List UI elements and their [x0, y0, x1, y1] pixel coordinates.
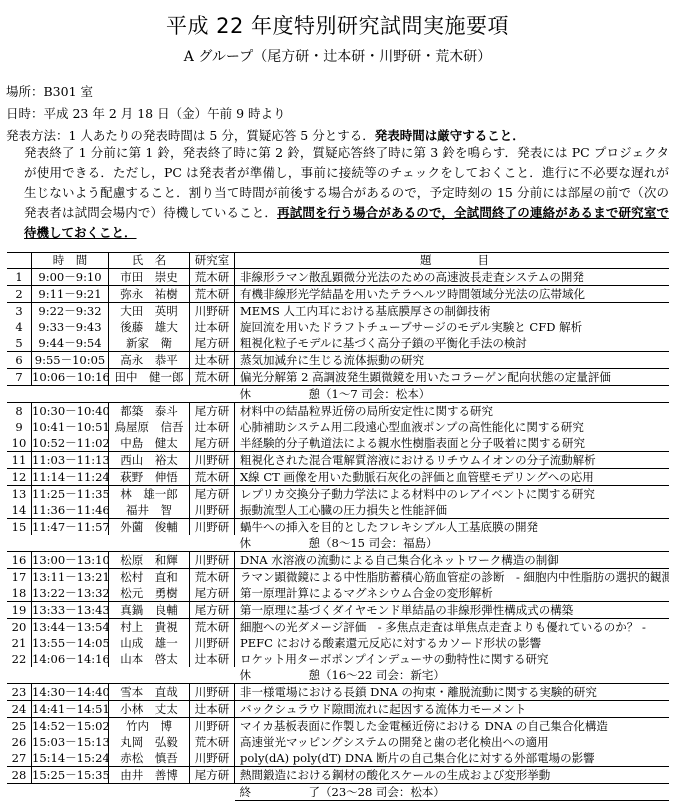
col-header-name: 氏 名: [109, 253, 190, 269]
row-title: 高速蛍光マッピングシステムの開発と歯の老化検出への適用: [235, 734, 670, 750]
table-row: 1713:11－13:21松村 直和荒木研ラマン顕微鏡による中性脂肪蓄積心筋血管…: [7, 569, 669, 586]
datetime-info: 日時：平成 23 年 2 月 18 日（金）午前 9 時より: [6, 104, 286, 122]
row-time: 14:30－14:40: [32, 684, 109, 701]
table-header-row: 時 間 氏 名 研究室 題 目: [7, 253, 669, 269]
row-number: 4: [7, 319, 32, 335]
row-number: 5: [7, 335, 32, 352]
table-row: 1511:47－11:57外薗 俊輔川野研蝸牛への挿入を目的としたフレキシブル人…: [7, 519, 669, 536]
row-presenter-name: 西山 裕太: [109, 452, 190, 469]
table-row: 1010:52－11:02中島 健太尾方研半経験的分子軌道法による親水性樹脂表面…: [7, 435, 669, 452]
row-presenter-name: 田中 健一郎: [109, 369, 190, 386]
row-number: 25: [7, 718, 32, 735]
row-presenter-name: 丸岡 弘毅: [109, 734, 190, 750]
row-number: 8: [7, 403, 32, 420]
table-row: 39:22－9:32大田 英明川野研MEMS 人工内耳における基底膜厚さの制御技…: [7, 303, 669, 320]
row-lab: 尾方研: [190, 435, 235, 452]
row-number: 9: [7, 419, 32, 435]
break-label: 休 憩（1〜7 司会：松本）: [235, 386, 670, 403]
row-time: 9:55－10:05: [32, 352, 109, 369]
row-number: 3: [7, 303, 32, 320]
table-row: 1411:36－11:46福井 智川野研振動流型人工心臓の圧力損失と性能評価: [7, 502, 669, 519]
table-row: 1613:00－13:10松原 和輝川野研DNA 水溶液の流動による自己集合化ネ…: [7, 552, 669, 569]
row-lab: 辻本研: [190, 419, 235, 435]
row-time: 10:41－10:51: [32, 419, 109, 435]
row-number: 28: [7, 767, 32, 784]
row-time: 9:44－9:54: [32, 335, 109, 352]
method-text: 発表方法：1 人あたりの発表時間は 5 分，質疑応答 5 分とする．: [6, 128, 375, 143]
table-row: 1311:25－11:35林 雄一郎尾方研レプリカ交換分子動力学法による材料中の…: [7, 486, 669, 503]
break-row: 休 憩（16〜22 司会：新宅）: [7, 667, 669, 684]
table-row: 2314:30－14:40雪本 直哉川野研非一様電場における長鎖 DNA の拘束…: [7, 684, 669, 701]
row-time: 10:06－10:16: [32, 369, 109, 386]
col-header-lab: 研究室: [190, 253, 235, 269]
row-lab: 荒木研: [190, 569, 235, 586]
row-title: MEMS 人工内耳における基底膜厚さの制御技術: [235, 303, 670, 320]
row-title: 第一原理計算によるマグネシウム合金の変形解析: [235, 585, 670, 602]
schedule-table: 時 間 氏 名 研究室 題 目 19:00－9:10市田 崇史荒木研非線形ラマン…: [7, 252, 669, 801]
row-lab: 尾方研: [190, 585, 235, 602]
method-emphasis: 発表時間は厳守すること．: [375, 128, 525, 143]
break-row: 終 了（23〜28 司会：松本）: [7, 784, 669, 801]
row-time: 10:30－10:40: [32, 403, 109, 420]
row-lab: 辻本研: [190, 352, 235, 369]
break-row: 休 憩（8〜15 司会：福島）: [7, 535, 669, 552]
table-row: 2113:55－14:05山成 雄一川野研PEFC における酸素還元反応に対する…: [7, 635, 669, 651]
row-presenter-name: 弥永 祐樹: [109, 286, 190, 303]
row-title: レプリカ交換分子動力学法による材料中のレアイベントに関する研究: [235, 486, 670, 503]
row-presenter-name: 鳥屋原 信吾: [109, 419, 190, 435]
row-title: 熱間鍛造における鋼材の酸化スケールの生成および変形挙動: [235, 767, 670, 784]
row-lab: 川野研: [190, 635, 235, 651]
table-row: 2715:14－15:24赤松 慎吾川野研poly(dA) poly(dT) D…: [7, 750, 669, 767]
break-spacer: [7, 535, 235, 552]
table-row: 1111:03－11:13西山 裕太川野研粗視化された混合電解質溶液におけるリチ…: [7, 452, 669, 469]
row-time: 15:14－15:24: [32, 750, 109, 767]
row-title: X線 CT 画像を用いた動脈石灰化の評価と血管壁モデリングへの応用: [235, 469, 670, 486]
row-number: 6: [7, 352, 32, 369]
row-presenter-name: 後藤 雄大: [109, 319, 190, 335]
row-lab: 川野研: [190, 452, 235, 469]
row-time: 9:22－9:32: [32, 303, 109, 320]
table-row: 710:06－10:16田中 健一郎荒木研偏光分解第 2 高調波発生顕微鏡を用い…: [7, 369, 669, 386]
row-time: 13:00－13:10: [32, 552, 109, 569]
row-title: ラマン顕微鏡による中性脂肪蓄積心筋血管症の診断 - 細胞内中性脂肪の選択的観測 …: [235, 569, 670, 586]
row-time: 13:11－13:21: [32, 569, 109, 586]
row-title: 振動流型人工心臓の圧力損失と性能評価: [235, 502, 670, 519]
row-lab: 川野研: [190, 684, 235, 701]
row-presenter-name: 林 雄一郎: [109, 486, 190, 503]
row-number: 15: [7, 519, 32, 536]
table-row: 19:00－9:10市田 崇史荒木研非線形ラマン散乱顕微分光法のための高速波長走…: [7, 269, 669, 286]
row-title: 蒸気加減弁に生じる流体振動の研究: [235, 352, 670, 369]
table-row: 2214:06－14:16山本 啓太辻本研ロケット用ターボポンプインデューサの動…: [7, 651, 669, 667]
row-time: 11:14－11:24: [32, 469, 109, 486]
row-lab: 川野研: [190, 303, 235, 320]
row-lab: 辻本研: [190, 319, 235, 335]
break-spacer: [7, 667, 235, 684]
row-time: 13:55－14:05: [32, 635, 109, 651]
row-lab: 川野研: [190, 718, 235, 735]
row-lab: 川野研: [190, 502, 235, 519]
row-title: 細胞への光ダメージ評価 - 多焦点走査は単焦点走査よりも優れているのか？ -: [235, 619, 670, 636]
row-title: 非線形ラマン散乱顕微分光法のための高速波長走査システムの開発: [235, 269, 670, 286]
row-presenter-name: 松元 勇樹: [109, 585, 190, 602]
table-row: 2414:41－14:51小林 丈太辻本研バックシュラウド隙間流れに起因する流体…: [7, 701, 669, 718]
row-lab: 尾方研: [190, 403, 235, 420]
row-presenter-name: 真鍋 良輔: [109, 602, 190, 619]
break-label: 終 了（23〜28 司会：松本）: [235, 784, 670, 801]
table-row: 2815:25－15:35由井 善博尾方研熱間鍛造における鋼材の酸化スケールの生…: [7, 767, 669, 784]
row-time: 14:41－14:51: [32, 701, 109, 718]
row-presenter-name: 赤松 慎吾: [109, 750, 190, 767]
row-title: 粗視化された混合電解質溶液におけるリチウムイオンの分子流動解析: [235, 452, 670, 469]
row-time: 10:52－11:02: [32, 435, 109, 452]
row-presenter-name: 萩野 伸悟: [109, 469, 190, 486]
row-presenter-name: 福井 智: [109, 502, 190, 519]
row-lab: 荒木研: [190, 619, 235, 636]
table-row: 1813:22－13:32松元 勇樹尾方研第一原理計算によるマグネシウム合金の変…: [7, 585, 669, 602]
row-title: 粗視化粒子モデルに基づく高分子鎖の平衡化手法の検討: [235, 335, 670, 352]
table-row: 49:33－9:43後藤 雄大辻本研旋回流を用いたドラフトチューブサージのモデル…: [7, 319, 669, 335]
break-label: 休 憩（16〜22 司会：新宅）: [235, 667, 670, 684]
row-lab: 尾方研: [190, 486, 235, 503]
row-number: 12: [7, 469, 32, 486]
table-row: 59:44－9:54新家 衛尾方研粗視化粒子モデルに基づく高分子鎖の平衡化手法の…: [7, 335, 669, 352]
instructions-paragraph: 発表終了 1 分前に第 1 鈴，発表終了時に第 2 鈴，質疑応答終了時に第 3 …: [24, 143, 669, 243]
row-lab: 荒木研: [190, 286, 235, 303]
row-number: 7: [7, 369, 32, 386]
row-number: 22: [7, 651, 32, 667]
row-presenter-name: 山成 雄一: [109, 635, 190, 651]
row-lab: 辻本研: [190, 651, 235, 667]
row-lab: 川野研: [190, 552, 235, 569]
row-presenter-name: 小林 丈太: [109, 701, 190, 718]
row-presenter-name: 松原 和輝: [109, 552, 190, 569]
row-presenter-name: 松村 直和: [109, 569, 190, 586]
row-lab: 荒木研: [190, 269, 235, 286]
row-number: 1: [7, 269, 32, 286]
row-lab: 川野研: [190, 519, 235, 536]
row-title: ロケット用ターボポンプインデューサの動特性に関する研究: [235, 651, 670, 667]
row-number: 27: [7, 750, 32, 767]
row-lab: 荒木研: [190, 369, 235, 386]
row-title: 半経験的分子軌道法による親水性樹脂表面と分子吸着に関する研究: [235, 435, 670, 452]
row-time: 14:52－15:02: [32, 718, 109, 735]
row-number: 10: [7, 435, 32, 452]
row-presenter-name: 中島 健太: [109, 435, 190, 452]
row-presenter-name: 大田 英明: [109, 303, 190, 320]
table-row: 1913:33－13:43真鍋 良輔尾方研第一原理に基づくダイヤモンド単結晶の非…: [7, 602, 669, 619]
row-number: 13: [7, 486, 32, 503]
row-presenter-name: 都築 泰斗: [109, 403, 190, 420]
row-lab: 尾方研: [190, 767, 235, 784]
row-presenter-name: 竹内 博: [109, 718, 190, 735]
row-number: 24: [7, 701, 32, 718]
group-subtitle: A グループ（尾方研・辻本研・川野研・荒木研）: [0, 46, 675, 66]
table-row: 2514:52－15:02竹内 博川野研マイカ基板表面に作製した金電極近傍におけ…: [7, 718, 669, 735]
page-title: 平成 22 年度特別研究試問実施要項: [0, 10, 675, 40]
row-presenter-name: 山本 啓太: [109, 651, 190, 667]
row-number: 20: [7, 619, 32, 636]
row-title: 第一原理に基づくダイヤモンド単結晶の非線形弾性構成式の構築: [235, 602, 670, 619]
row-lab: 荒木研: [190, 734, 235, 750]
row-number: 21: [7, 635, 32, 651]
row-time: 13:33－13:43: [32, 602, 109, 619]
row-title: PEFC における酸素還元反応に対するカソード形状の影響: [235, 635, 670, 651]
row-title: 材料中の結晶粒界近傍の局所安定性に関する研究: [235, 403, 670, 420]
table-row: 29:11－9:21弥永 祐樹荒木研有機非線形光学結晶を用いたテラヘルツ時間領域…: [7, 286, 669, 303]
table-row: 2013:44－13:54村上 貴視荒木研細胞への光ダメージ評価 - 多焦点走査…: [7, 619, 669, 636]
row-title: 有機非線形光学結晶を用いたテラヘルツ時間領域分光法の広帯域化: [235, 286, 670, 303]
break-row: 休 憩（1〜7 司会：松本）: [7, 386, 669, 403]
break-spacer: [7, 784, 235, 801]
table-row: 810:30－10:40都築 泰斗尾方研材料中の結晶粒界近傍の局所安定性に関する…: [7, 403, 669, 420]
row-time: 13:44－13:54: [32, 619, 109, 636]
row-time: 9:00－9:10: [32, 269, 109, 286]
break-label: 休 憩（8〜15 司会：福島）: [235, 535, 670, 552]
row-number: 11: [7, 452, 32, 469]
row-number: 26: [7, 734, 32, 750]
row-number: 2: [7, 286, 32, 303]
table-row: 910:41－10:51鳥屋原 信吾辻本研心肺補助システム用二段遠心型血液ポンプ…: [7, 419, 669, 435]
row-presenter-name: 市田 崇史: [109, 269, 190, 286]
row-title: バックシュラウド隙間流れに起因する流体力モーメント: [235, 701, 670, 718]
row-title: マイカ基板表面に作製した金電極近傍における DNA の自己集合化構造: [235, 718, 670, 735]
table-row: 69:55－10:05高永 恭平辻本研蒸気加減弁に生じる流体振動の研究: [7, 352, 669, 369]
row-number: 17: [7, 569, 32, 586]
row-number: 19: [7, 602, 32, 619]
break-spacer: [7, 386, 235, 403]
row-time: 11:47－11:57: [32, 519, 109, 536]
col-header-time: 時 間: [32, 253, 109, 269]
row-time: 9:33－9:43: [32, 319, 109, 335]
col-header-no: [7, 253, 32, 269]
table-row: 1211:14－11:24萩野 伸悟荒木研X線 CT 画像を用いた動脈石灰化の評…: [7, 469, 669, 486]
row-title: 心肺補助システム用二段遠心型血液ポンプの高性能化に関する研究: [235, 419, 670, 435]
row-presenter-name: 新家 衛: [109, 335, 190, 352]
row-lab: 川野研: [190, 750, 235, 767]
row-number: 23: [7, 684, 32, 701]
table-row: 2615:03－15:13丸岡 弘毅荒木研高速蛍光マッピングシステムの開発と歯の…: [7, 734, 669, 750]
row-time: 13:22－13:32: [32, 585, 109, 602]
row-presenter-name: 高永 恭平: [109, 352, 190, 369]
row-presenter-name: 由井 善博: [109, 767, 190, 784]
row-title: 非一様電場における長鎖 DNA の拘束・離脱流動に関する実験的研究: [235, 684, 670, 701]
row-lab: 荒木研: [190, 469, 235, 486]
row-time: 15:03－15:13: [32, 734, 109, 750]
row-time: 14:06－14:16: [32, 651, 109, 667]
row-number: 18: [7, 585, 32, 602]
row-title: 蝸牛への挿入を目的としたフレキシブル人工基底膜の開発: [235, 519, 670, 536]
row-lab: 尾方研: [190, 335, 235, 352]
row-lab: 辻本研: [190, 701, 235, 718]
row-number: 14: [7, 502, 32, 519]
row-presenter-name: 村上 貴視: [109, 619, 190, 636]
row-time: 11:25－11:35: [32, 486, 109, 503]
row-time: 11:36－11:46: [32, 502, 109, 519]
row-lab: 尾方研: [190, 602, 235, 619]
row-time: 9:11－9:21: [32, 286, 109, 303]
method-info: 発表方法：1 人あたりの発表時間は 5 分，質疑応答 5 分とする．発表時間は厳…: [6, 126, 525, 144]
row-title: 旋回流を用いたドラフトチューブサージのモデル実験と CFD 解析: [235, 319, 670, 335]
place-info: 場所：B301 室: [6, 82, 93, 100]
row-number: 16: [7, 552, 32, 569]
col-header-title: 題 目: [235, 253, 670, 269]
row-time: 15:25－15:35: [32, 767, 109, 784]
row-title: DNA 水溶液の流動による自己集合化ネットワーク構造の制御: [235, 552, 670, 569]
row-title: 偏光分解第 2 高調波発生顕微鏡を用いたコラーゲン配向状態の定量評価: [235, 369, 670, 386]
row-time: 11:03－11:13: [32, 452, 109, 469]
row-title: poly(dA) poly(dT) DNA 断片の自己集合化に対する外部電場の影…: [235, 750, 670, 767]
row-presenter-name: 雪本 直哉: [109, 684, 190, 701]
row-presenter-name: 外薗 俊輔: [109, 519, 190, 536]
